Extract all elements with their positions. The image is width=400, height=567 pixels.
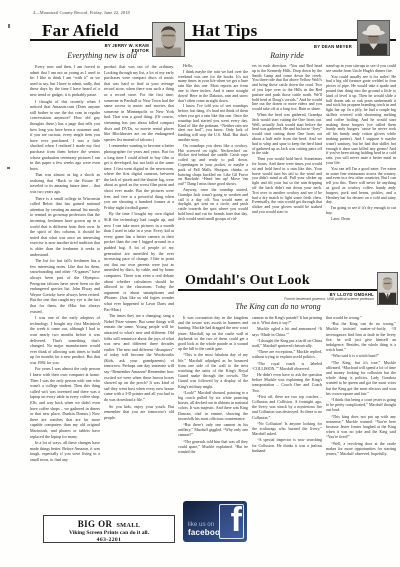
- paragraph: “I think this being a court jester is go…: [326, 397, 396, 413]
- paragraph: “Who said it is a witch hunt?”: [326, 353, 396, 358]
- omdahl-subhead: The King can do no wrong: [178, 302, 378, 311]
- paragraph: I think maybe the rain we had over the w…: [178, 70, 248, 104]
- paragraph: There is a small college in Wisconsin ca…: [30, 196, 100, 258]
- far-afield-title: Far Afield: [42, 21, 119, 41]
- facebook-like-badge: like us on facebook f: [183, 501, 247, 542]
- paragraph: “A special inspector is now searching fo…: [252, 437, 322, 453]
- omdahl-author-photo: [377, 272, 398, 305]
- paragraph: that would be wrong.”: [326, 315, 396, 320]
- omdahl-byline-role: Former lieutenant governor, UND politica…: [230, 297, 374, 301]
- scan-speck: [8, 24, 10, 28]
- far-afield-subhead: Everything new is old: [30, 51, 174, 60]
- paragraph: Anyway, once the roundup started, Grandp…: [178, 188, 248, 222]
- paragraph: Then you would hold herd. Sometimes for …: [252, 157, 322, 215]
- facebook-logo-square: f: [219, 504, 244, 539]
- ad-headline-big: BIG OR: [78, 519, 113, 529]
- paragraph: “Well, a revolving door at the castle ma…: [326, 441, 396, 457]
- hat-tips-title: Hat Tips: [192, 21, 258, 41]
- ad-tagline: Viking Screen Prints can do it all.: [44, 530, 174, 537]
- paragraph: You could usually see it for miles! He h…: [326, 75, 396, 166]
- omdahl-column-1: It was coronation day in the kingdom and…: [178, 315, 248, 501]
- omdahl-column-2: cannon in the King's parade? It has prin…: [252, 315, 322, 521]
- ad-headline: BIG OR SMALL: [44, 518, 174, 530]
- viking-screen-prints-ad: BIG OR SMALL Viking Screen Prints can do…: [43, 515, 175, 543]
- paragraph: I'm going to see if it's dry enough to c…: [326, 206, 396, 216]
- paragraph: The times they are a changing, sang a No…: [104, 313, 174, 403]
- paragraph: On roundups you dress like a cowboy. Hat…: [178, 144, 248, 187]
- ad-phone-number: 463-2201: [44, 537, 174, 544]
- paragraph: It was coronation day in the kingdom and…: [178, 315, 248, 351]
- hat-tips-column-1: Hello,I think maybe the rain we had over…: [178, 64, 248, 272]
- paragraph: “The generals told him that was all they…: [178, 439, 248, 455]
- omdahl-rule: [178, 289, 396, 291]
- scan-speck: [7, 167, 10, 169]
- hat-tips-column-3: stand up in your stirrups to see if you …: [326, 64, 396, 272]
- paragraph: “Look!” Macduff shouted, pointing to a b…: [178, 390, 248, 421]
- paragraph: product that was out of the ordinary. Lo…: [104, 64, 174, 142]
- paragraph: “This is the most fabulous day of my lif…: [178, 352, 248, 388]
- paragraph: “This king does not put up with any nons…: [326, 414, 396, 440]
- paragraph: That was almost as big a shock as realiz…: [30, 172, 100, 194]
- omdahl-byline: BY LLOYD OMDAHL: [300, 292, 374, 297]
- paragraph: cannon in the King's parade? It has prin…: [252, 315, 322, 325]
- paragraph: When the herd was gathered, Grandpa Jack…: [252, 113, 322, 156]
- hat-tips-column-2: ers in each direction. “You and Red head…: [252, 64, 322, 272]
- man-in-cowboy-hat-portrait-icon: [358, 21, 389, 55]
- masthead-folio-line: 4—Mountrail County Record, Friday, June …: [33, 10, 130, 15]
- paragraph: I thought of this recently when I notice…: [30, 99, 100, 172]
- hat-tips-byline: BY DEAN MEYER: [290, 44, 352, 49]
- man-in-suit-portrait-icon: [378, 273, 397, 304]
- newspaper-page: 4—Mountrail County Record, Friday, June …: [0, 0, 400, 567]
- far-afield-column-1: Every now and then, I am forced to admit…: [30, 64, 100, 511]
- paragraph: “There are exceptions,” Muckle replied, …: [252, 349, 322, 359]
- paragraph: Every now and then, I am forced to admit…: [30, 64, 100, 98]
- paragraph: stand up in your stirrups to see if you …: [326, 64, 396, 74]
- paragraph: “But the King can do no wrong,” Muckle i…: [326, 321, 396, 352]
- paragraph: He didn't even have to ask the question …: [252, 372, 322, 393]
- paragraph: You can tell I'm a good eater. I've eate…: [326, 167, 396, 205]
- paragraph: For years I was almost the only person I…: [30, 366, 100, 439]
- paragraph: Later, Dean: [326, 217, 396, 222]
- facebook-f-icon: f: [231, 504, 242, 539]
- paragraph: “No Collusion! Is anyone looking for the…: [252, 421, 322, 437]
- paragraph: “First off, there are two top coaches – …: [252, 394, 322, 420]
- far-afield-column-2: product that was out of the ordinary. Lo…: [104, 64, 174, 511]
- paragraph: ers in each direction. “You and Red head…: [252, 64, 322, 112]
- ad-headline-small: SMALL: [116, 522, 140, 529]
- paragraph: I remember wanting to become a better ph…: [104, 143, 174, 210]
- paragraph: In a lot of ways, all these changes have…: [30, 440, 100, 462]
- paragraph: I was one of the early adopters of techn…: [30, 315, 100, 365]
- paragraph: “I thought the King put a tariff on Chin…: [252, 338, 322, 348]
- hat-tips-subhead: Rainy ride: [178, 51, 396, 60]
- paragraph: “The royal coach is labeled ‘COLLISION,’…: [252, 361, 322, 371]
- facebook-badge-line1: like us on: [188, 521, 214, 528]
- paragraph: “The King, but it's true,” Muckle affirm…: [326, 360, 396, 396]
- paragraph: “But there's only one cannon in his arti…: [178, 422, 248, 438]
- paragraph: Muckle ogled a bit and announced “It say…: [252, 326, 322, 336]
- omdahl-column-3: that would be wrong.”“But the King can d…: [326, 315, 396, 532]
- paragraph: The list for last fall's freshmen has a …: [30, 258, 100, 314]
- paragraph: So you kids, enjoy your youth. But remem…: [104, 404, 174, 421]
- omdahl-title: Omdahl's Out Look: [185, 273, 310, 289]
- paragraph: I know I've told you of wet roundups bef…: [178, 104, 248, 142]
- paragraph: By the time I bought my own digital SLR …: [104, 211, 174, 312]
